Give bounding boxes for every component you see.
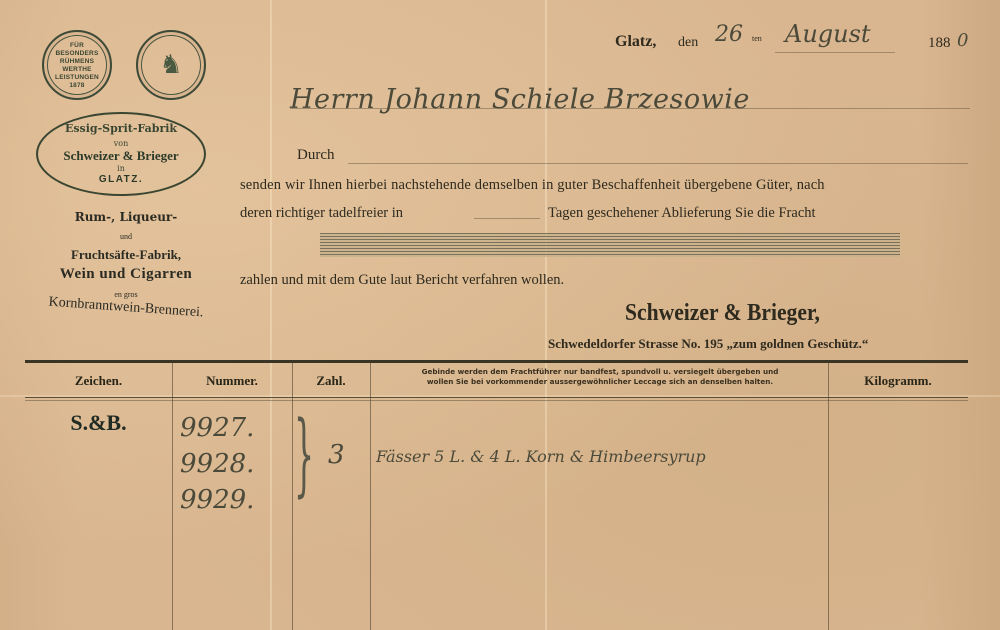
table-header-rule <box>25 397 968 398</box>
cell-nummer: 9927. 9928. 9929. <box>180 410 254 518</box>
durch-label: Durch <box>297 147 335 164</box>
table-header-rule <box>25 400 968 401</box>
nummer-value: 9927. <box>180 410 254 446</box>
year-suffix-field[interactable]: 0 <box>957 30 968 51</box>
month-field[interactable]: August <box>785 20 871 48</box>
product-line: Wein und Cigarren <box>12 266 240 283</box>
column-divider <box>370 363 371 630</box>
nummer-value: 9928. <box>180 446 254 482</box>
paper-fold <box>270 0 272 630</box>
month-underline <box>775 52 895 53</box>
nummer-value: 9929. <box>180 482 254 518</box>
stamp-von: von <box>38 139 204 148</box>
column-divider <box>828 363 829 630</box>
column-divider <box>172 363 173 630</box>
durch-line <box>348 163 968 164</box>
cell-zahl: 3 <box>328 440 345 470</box>
body-text: senden wir Ihnen hierbei nachstehende de… <box>240 177 825 194</box>
product-line: Rum-, Liqueur- <box>12 210 240 224</box>
award-medal-left: FÜR BESONDERS RÜHMENS WERTHE LEISTUNGEN … <box>42 30 112 100</box>
header-kilogramm: Kilogramm. <box>828 373 968 389</box>
medal-inscription: FÜR BESONDERS RÜHMENS WERTHE LEISTUNGEN … <box>44 42 110 90</box>
cell-zeichen: S.&B. <box>25 410 172 436</box>
body-text: deren richtiger tadelfreier in <box>240 205 403 222</box>
header-zahl: Zahl. <box>292 373 370 389</box>
stamp-company-name: Schweizer & Brieger <box>38 148 204 164</box>
table-top-rule <box>25 360 968 363</box>
body-text: Tagen geschehener Ablieferung Sie die Fr… <box>548 205 816 222</box>
brace-icon: } <box>294 402 314 507</box>
hatched-bar <box>320 233 900 257</box>
header-nummer: Nummer. <box>172 373 292 389</box>
ten-label: ten <box>752 34 762 43</box>
column-divider <box>292 363 293 630</box>
company-signature: Schweizer & Brieger, <box>625 300 820 327</box>
body-text: zahlen und mit dem Gute laut Bericht ver… <box>240 272 564 289</box>
company-address: Schwedeldorfer Strasse No. 195 „zum gold… <box>548 336 868 352</box>
stamp-in: in <box>38 164 204 173</box>
year-prefix: 188 <box>928 35 951 52</box>
den-label: den <box>678 35 698 51</box>
product-line: und <box>12 232 240 241</box>
header-note: Gebinde werden dem Frachtführer nur band… <box>374 367 826 387</box>
company-oval-stamp: Essig-Sprit-Fabrik von Schweizer & Brieg… <box>36 112 206 196</box>
days-blank <box>474 218 540 219</box>
day-field[interactable]: 26 <box>715 22 743 47</box>
stamp-title: Essig-Sprit-Fabrik <box>38 122 204 135</box>
lion-emblem-icon: ♞ <box>138 50 204 80</box>
recipient-field[interactable]: Herrn Johann Schiele Brzesowie <box>290 84 750 115</box>
product-line: Fruchtsäfte-Fabrik, <box>12 247 240 263</box>
award-medal-right: ♞ <box>136 30 206 100</box>
cell-description: Fässer 5 L. & 4 L. Korn & Himbeersyrup <box>376 447 706 466</box>
recipient-underline <box>290 108 970 109</box>
stamp-city: GLATZ. <box>38 174 204 185</box>
header-zeichen: Zeichen. <box>25 373 172 389</box>
place-label: Glatz, <box>615 33 656 51</box>
